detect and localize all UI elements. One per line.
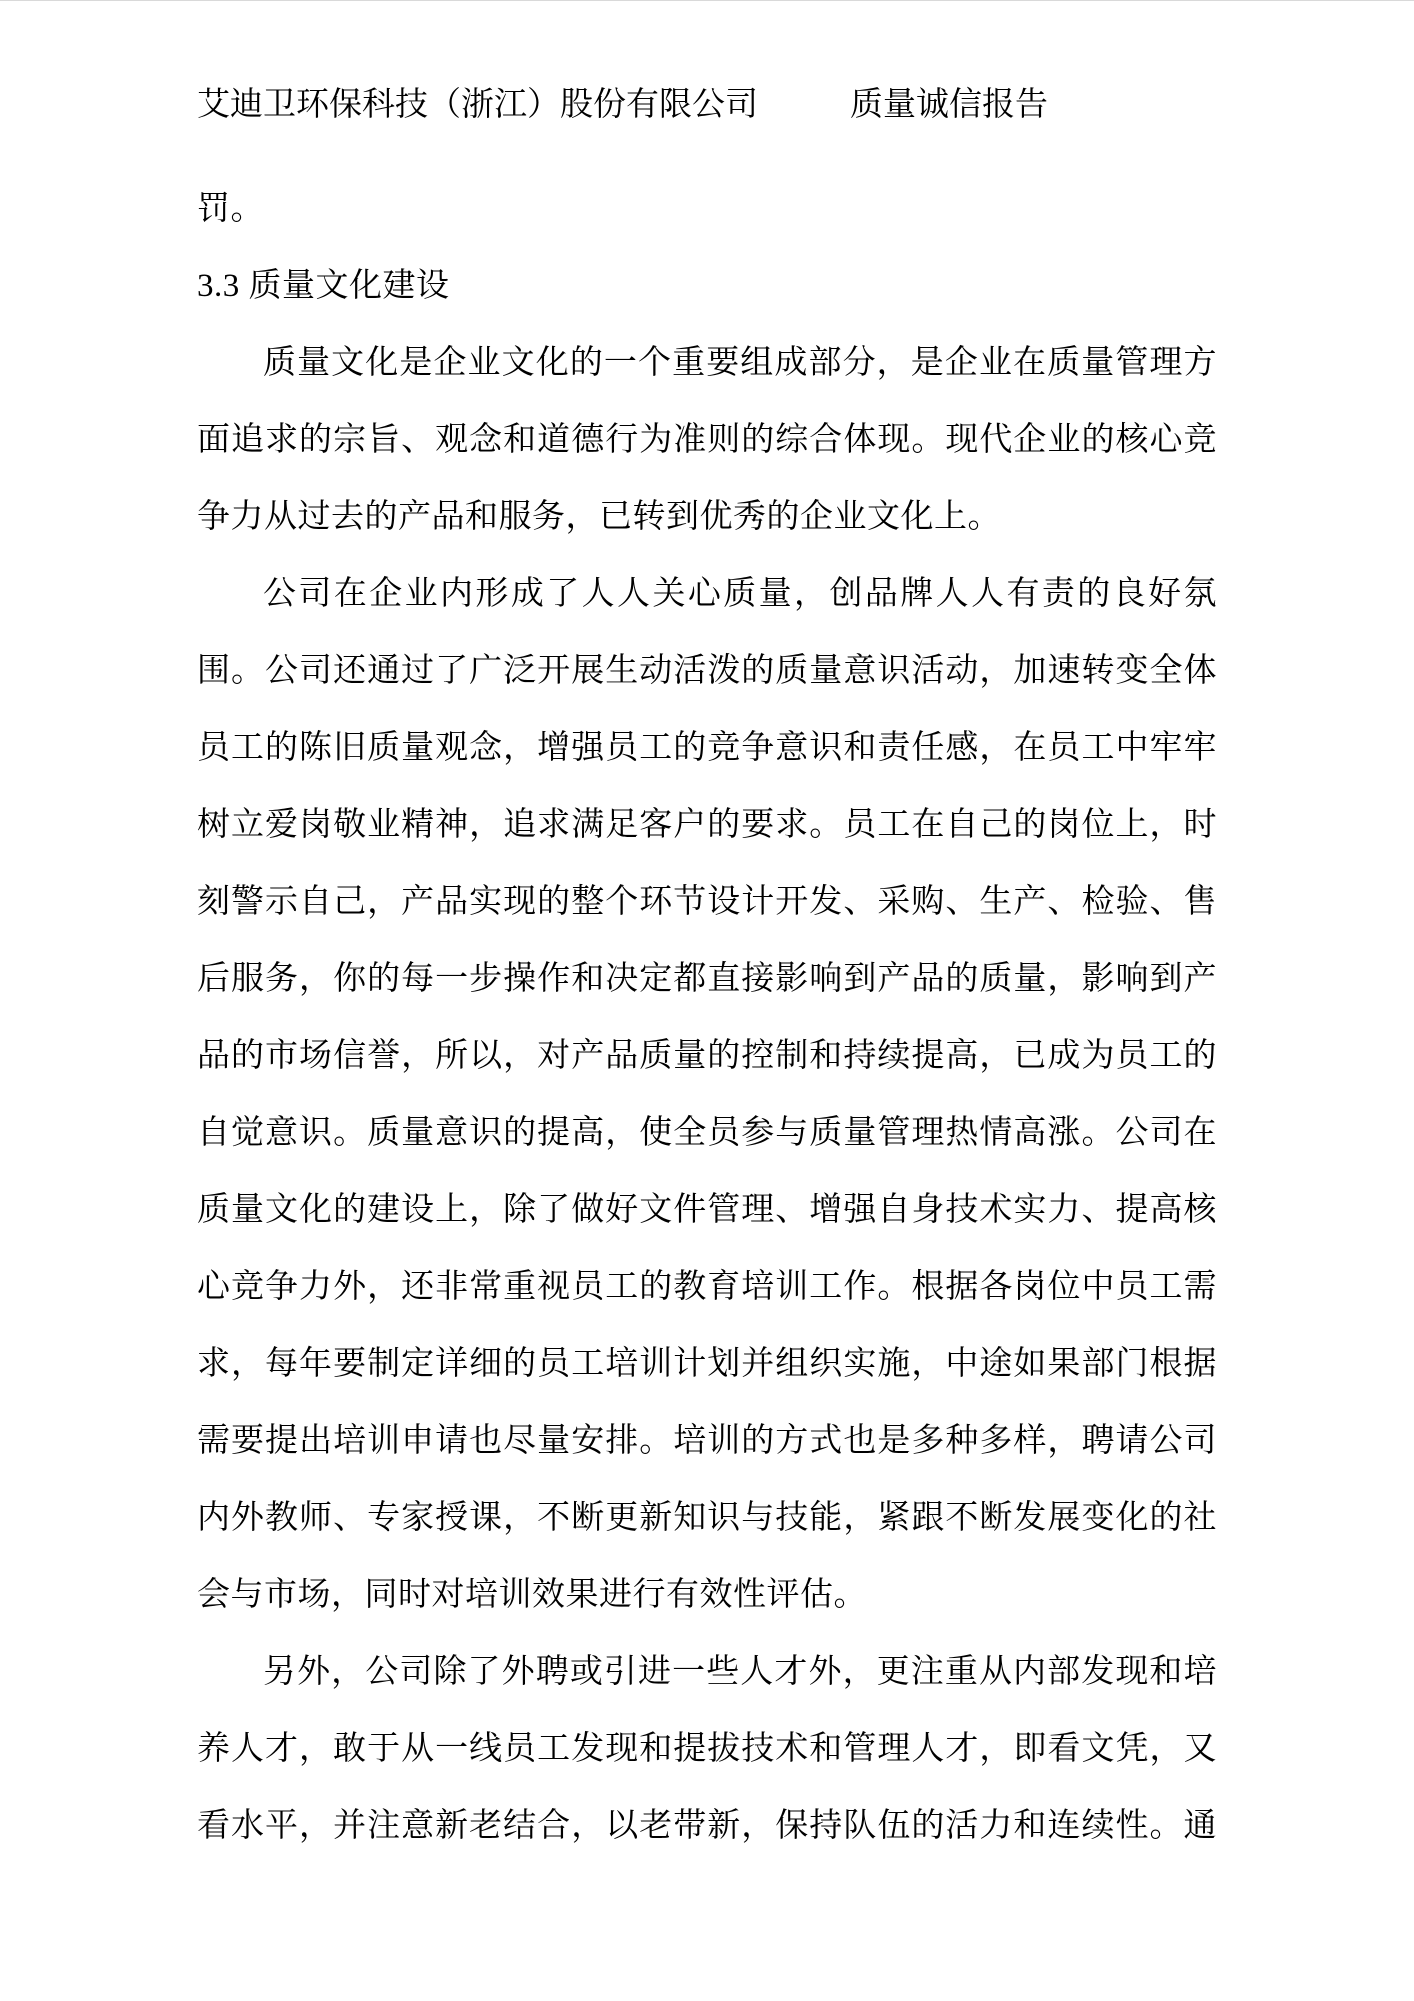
text-line: 员工的陈旧质量观念，增强员工的竞争意识和责任感，在员工中牢牢 bbox=[197, 710, 1217, 787]
header-company-name: 艾迪卫环保科技（浙江）股份有限公司 bbox=[197, 85, 758, 125]
document-page: 艾迪卫环保科技（浙江）股份有限公司 质量诚信报告 罚。3.3 质量文化建设质量文… bbox=[0, 0, 1414, 2001]
text-line: 养人才，敢于从一线员工发现和提拔技术和管理人才，即看文凭，又 bbox=[197, 1711, 1217, 1788]
text-line: 树立爱岗敬业精神，追求满足客户的要求。员工在自己的岗位上，时 bbox=[197, 787, 1217, 864]
text-line: 内外教师、专家授课，不断更新知识与技能，紧跟不断发展变化的社 bbox=[197, 1480, 1217, 1557]
paragraph-continuation: 罚。 bbox=[197, 171, 1217, 248]
text-line: 围。公司还通过了广泛开展生动活泼的质量意识活动，加速转变全体 bbox=[197, 633, 1217, 710]
text-line: 质量文化是企业文化的一个重要组成部分，是企业在质量管理方 bbox=[197, 325, 1217, 402]
text-line: 自觉意识。质量意识的提高，使全员参与质量管理热情高涨。公司在 bbox=[197, 1095, 1217, 1172]
document-body: 罚。3.3 质量文化建设质量文化是企业文化的一个重要组成部分，是企业在质量管理方… bbox=[197, 171, 1217, 1865]
text-line: 心竞争力外，还非常重视员工的教育培训工作。根据各岗位中员工需 bbox=[197, 1249, 1217, 1326]
header-report-title: 质量诚信报告 bbox=[850, 85, 1048, 125]
text-line: 公司在企业内形成了人人关心质量，创品牌人人有责的良好氛 bbox=[197, 556, 1217, 633]
text-line: 会与市场，同时对培训效果进行有效性评估。 bbox=[197, 1557, 1217, 1634]
text-line: 面追求的宗旨、观念和道德行为准则的综合体现。现代企业的核心竞 bbox=[197, 402, 1217, 479]
page-header: 艾迪卫环保科技（浙江）股份有限公司 质量诚信报告 bbox=[197, 85, 1217, 125]
text-line: 争力从过去的产品和服务，已转到优秀的企业文化上。 bbox=[197, 479, 1217, 556]
text-line: 刻警示自己，产品实现的整个环节设计开发、采购、生产、检验、售 bbox=[197, 864, 1217, 941]
text-line: 质量文化的建设上，除了做好文件管理、增强自身技术实力、提高核 bbox=[197, 1172, 1217, 1249]
text-line: 看水平，并注意新老结合，以老带新，保持队伍的活力和连续性。通 bbox=[197, 1788, 1217, 1865]
text-line: 求，每年要制定详细的员工培训计划并组织实施，中途如果部门根据 bbox=[197, 1326, 1217, 1403]
text-line: 需要提出培训申请也尽量安排。培训的方式也是多种多样，聘请公司 bbox=[197, 1403, 1217, 1480]
section-heading: 3.3 质量文化建设 bbox=[197, 248, 1217, 325]
text-line: 后服务，你的每一步操作和决定都直接影响到产品的质量，影响到产 bbox=[197, 941, 1217, 1018]
text-line: 品的市场信誉，所以，对产品质量的控制和持续提高，已成为员工的 bbox=[197, 1018, 1217, 1095]
text-line: 另外，公司除了外聘或引进一些人才外，更注重从内部发现和培 bbox=[197, 1634, 1217, 1711]
